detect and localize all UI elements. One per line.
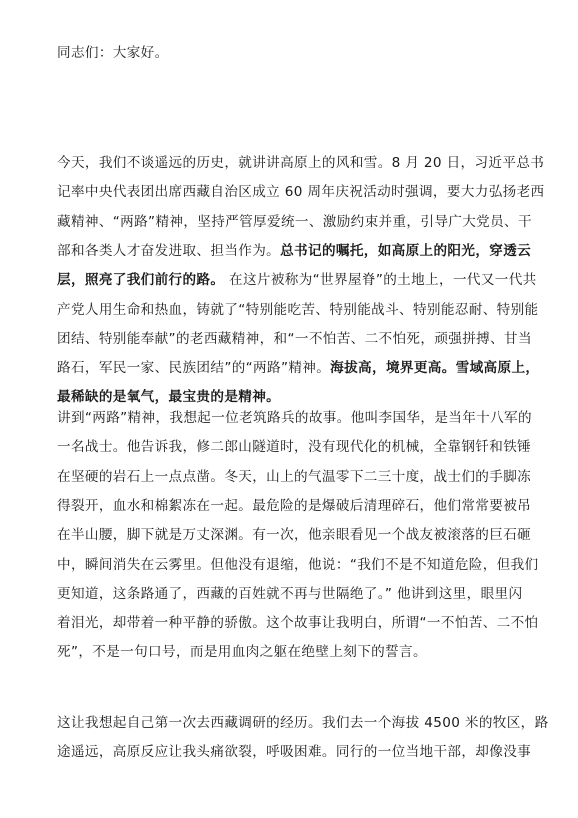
body-text: 记率中央代表团出席西藏自治区成立 60 周年庆祝活动时强调，要大力弘扬老西 [57, 184, 544, 200]
text-line: 得裂开，血水和棉絮冻在一起。最危险的是爆破后清理碎石，他们常常要被吊 [57, 496, 547, 516]
text-line: 讲到“两路”精神，我想起一位老筑路兵的故事。他叫李国华，是当年十八军的 [57, 408, 547, 428]
text-line: 团结、特别能奉献”的老西藏精神，和“一不怕苦、二不怕死，顽强拼搏、甘当 [57, 329, 547, 349]
body-text: 团结、特别能奉献”的老西藏精神，和“一不怕苦、二不怕死，顽强拼搏、甘当 [57, 331, 532, 347]
text-line: 层，照亮了我们前行的路。 在这片被称为“世界屋脊”的土地上，一代又一代共 [57, 270, 547, 290]
body-text: 路石，军民一家、民族团结”的“两路”精神。 [57, 360, 330, 376]
body-text: 途遥远，高原反应让我头痛欲裂，呼吸困难。同行的一位当地干部，却像没事 [57, 744, 531, 760]
text-line: 死”，不是一句口号，而是用血肉之躯在绝壁上刻下的誓言。 [57, 642, 547, 662]
body-text: 着泪光，却带着一种平静的骄傲。这个故事让我明白，所谓“一不怕苦、二不怕 [57, 615, 538, 631]
body-text: 在半山腰，脚下就是万丈深渊。有一次，他亲眼看见一个战友被滚落的巨石砸 [57, 527, 531, 543]
body-text: 中，瞬间消失在云雾里。但他没有退缩，他说：“我们不是不知道危险，但我们 [57, 557, 538, 573]
text-line: 路石，军民一家、民族团结”的“两路”精神。海拔高，境界更高。雪域高原上， [57, 358, 547, 378]
body-text: 部和各类人才奋发进取、担当作为。 [57, 243, 280, 259]
body-text: 产党人用生命和热血，铸就了“特别能吃苦、特别能战斗、特别能忍耐、特别能 [57, 302, 538, 318]
body-text: 死”，不是一句口号，而是用血肉之躯在绝壁上刻下的誓言。 [57, 644, 427, 660]
body-text: 在坚硬的岩石上一点点凿。冬天，山上的气温零下二三十度，战士们的手脚冻 [57, 469, 531, 485]
body-text: 今天，我们不谈遥远的历史，就讲讲高原上的风和雪。8 月 20 日，习近平总书 [57, 155, 544, 171]
text-line: 着泪光，却带着一种平静的骄傲。这个故事让我明白，所谓“一不怕苦、二不怕 [57, 613, 547, 633]
text-line: 记率中央代表团出席西藏自治区成立 60 周年庆祝活动时强调，要大力弘扬老西 [57, 182, 547, 202]
body-text: 得裂开，血水和棉絮冻在一起。最危险的是爆破后清理碎石，他们常常要被吊 [57, 498, 531, 514]
text-line: 藏精神、“两路”精神，坚持严管厚爱统一、激励约束并重，引导广大党员、干 [57, 212, 547, 232]
text-line: 今天，我们不谈遥远的历史，就讲讲高原上的风和雪。8 月 20 日，习近平总书 [57, 153, 547, 173]
body-text: 在这片被称为“世界屋脊”的土地上，一代又一代共 [224, 272, 536, 288]
text-line: 更知道，这条路通了，西藏的百姓就不再与世隔绝了。” 他讲到这里，眼里闪 [57, 584, 547, 604]
bold-text: 最稀缺的是氧气，最宝贵的是精神。 [57, 389, 280, 405]
text-line: 最稀缺的是氧气，最宝贵的是精神。 [57, 387, 547, 407]
bold-text: 海拔高，境界更高。雪域高原上， [330, 360, 539, 376]
greeting-line: 同志们：大家好。 [57, 43, 547, 63]
text-line: 部和各类人才奋发进取、担当作为。总书记的嘱托，如高原上的阳光，穿透云 [57, 241, 547, 261]
text-line: 途遥远，高原反应让我头痛欲裂，呼吸困难。同行的一位当地干部，却像没事 [57, 742, 547, 762]
text-line: 这让我想起自己第一次去西藏调研的经历。我们去一个海拔 4500 米的牧区，路 [57, 713, 547, 733]
body-text: 更知道，这条路通了，西藏的百姓就不再与世隔绝了。” 他讲到这里，眼里闪 [57, 586, 522, 602]
text-line: 产党人用生命和热血，铸就了“特别能吃苦、特别能战斗、特别能忍耐、特别能 [57, 300, 547, 320]
bold-text: 层，照亮了我们前行的路。 [57, 272, 224, 288]
body-text: 讲到“两路”精神，我想起一位老筑路兵的故事。他叫李国华，是当年十八军的 [57, 410, 532, 426]
body-text: 藏精神、“两路”精神，坚持严管厚爱统一、激励约束并重，引导广大党员、干 [57, 214, 532, 230]
text-line: 中，瞬间消失在云雾里。但他没有退缩，他说：“我们不是不知道危险，但我们 [57, 555, 547, 575]
bold-text: 总书记的嘱托，如高原上的阳光，穿透云 [280, 243, 531, 259]
document-page: 同志们：大家好。 今天，我们不谈遥远的历史，就讲讲高原上的风和雪。8 月 20 … [0, 0, 578, 818]
text-line: 在坚硬的岩石上一点点凿。冬天，山上的气温零下二三十度，战士们的手脚冻 [57, 467, 547, 487]
body-text: 这让我想起自己第一次去西藏调研的经历。我们去一个海拔 4500 米的牧区，路 [57, 715, 549, 731]
text-line: 一名战士。他告诉我，修二郎山隧道时，没有现代化的机械，全靠钢钎和铁锤 [57, 437, 547, 457]
body-text: 一名战士。他告诉我，修二郎山隧道时，没有现代化的机械，全靠钢钎和铁锤 [57, 439, 531, 455]
text-line: 在半山腰，脚下就是万丈深渊。有一次，他亲眼看见一个战友被滚落的巨石砸 [57, 525, 547, 545]
